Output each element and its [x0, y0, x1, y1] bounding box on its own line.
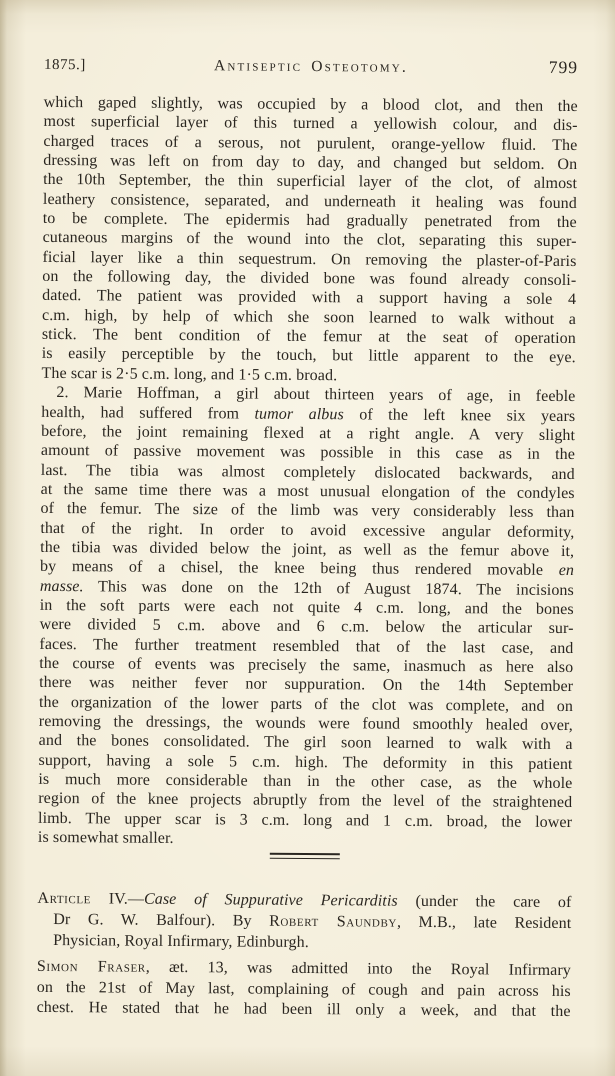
case-1-continuation-paragraph: which gaped slightly, was occupied by a …: [42, 93, 578, 387]
text-line: chest. He stated that he had been ill on…: [37, 998, 571, 1023]
text-segment: chest. He stated that he had been ill on…: [37, 999, 571, 1020]
text-segment: were divided 5 c.m. above and 6 c.m. bel…: [40, 616, 574, 637]
header-title: Antiseptic Osteotomy.: [136, 57, 486, 78]
text-line: is somewhat smaller.: [38, 828, 572, 852]
article-iv-heading: Article IV.—Case of Suppurative Pericard…: [37, 888, 571, 955]
text-segment: on the 21st of May last, complaining of …: [37, 978, 571, 999]
text-segment: Physician, Royal Infirmary, Edinburgh.: [53, 932, 309, 951]
text-segment: The scar is 2·5 c.m. long, and 1·5 c.m. …: [42, 365, 338, 384]
case-2-marie-hoffman-paragraph: 2. Marie Hoffman, a girl about thirteen …: [38, 383, 576, 851]
text-segment: Dr G. W. Balfour). By: [53, 911, 269, 930]
article-body: which gaped slightly, was occupied by a …: [37, 93, 578, 1023]
small-caps-text: Simon Fraser: [37, 958, 146, 976]
text-segment: , M.B., late Resident: [397, 914, 571, 932]
text-segment: This was done on the 12th of August 1874…: [84, 578, 574, 599]
italic-text: masse.: [40, 577, 84, 594]
italic-text: tumor albus: [254, 405, 343, 423]
text-segment: is easily perceptible by the touch, but …: [42, 345, 576, 366]
text-segment: and the bones consolidated. The girl soo…: [39, 732, 573, 753]
text-segment: , æt. 13, was admitted into the Royal In…: [146, 959, 571, 979]
small-caps-text: Article: [37, 890, 91, 907]
text-segment: the 10th September, the thin superficial…: [43, 171, 577, 192]
scanned-journal-page: 1875.] Antiseptic Osteotomy. 799 which g…: [0, 0, 615, 1076]
text-segment: 2. Marie Hoffman, a girl about thirteen …: [56, 384, 575, 405]
simon-fraser-case-paragraph: Simon Fraser, æt. 13, was admitted into …: [37, 957, 571, 1023]
text-segment: cutaneous margins of the wound into the …: [43, 229, 577, 250]
header-year: 1875.]: [44, 57, 136, 75]
divider-rule: [270, 853, 340, 855]
running-head: 1875.] Antiseptic Osteotomy. 799: [44, 53, 578, 77]
text-segment: that of the right. In order to avoid exc…: [40, 519, 574, 540]
text-segment: of the femur. The size of the limb was v…: [40, 500, 574, 521]
text-segment: of the left knee six years: [344, 406, 576, 425]
italic-text: en: [559, 562, 574, 579]
italic-text: Case of Suppurative Pericarditis: [144, 891, 398, 910]
page-content: 1875.] Antiseptic Osteotomy. 799 which g…: [37, 53, 579, 1023]
text-segment: IV.—: [91, 890, 144, 907]
text-segment: is somewhat smaller.: [38, 829, 174, 847]
text-segment: amount of passive movement was possible …: [41, 442, 575, 463]
text-line: Physician, Royal Infirmary, Edinburgh.: [37, 930, 571, 955]
small-caps-text: Robert Saundby: [269, 913, 397, 931]
text-segment: health, had suffered from: [41, 403, 254, 422]
text-segment: most superficial layer of this turned a …: [43, 113, 577, 134]
header-page-number: 799: [486, 56, 578, 78]
text-segment: last. The tibia was almost completely di…: [41, 461, 575, 482]
text-segment: dated. The patient was provided with a s…: [42, 287, 576, 308]
divider-rule: [270, 857, 340, 859]
text-segment: by means of a chisel, the knee being thu…: [40, 558, 559, 579]
text-segment: (under the care of: [398, 893, 572, 911]
section-divider: [270, 853, 340, 859]
text-segment: there was neither fever nor suppuration.…: [39, 674, 573, 695]
text-segment: region of the knee projects abruptly fro…: [38, 790, 572, 811]
